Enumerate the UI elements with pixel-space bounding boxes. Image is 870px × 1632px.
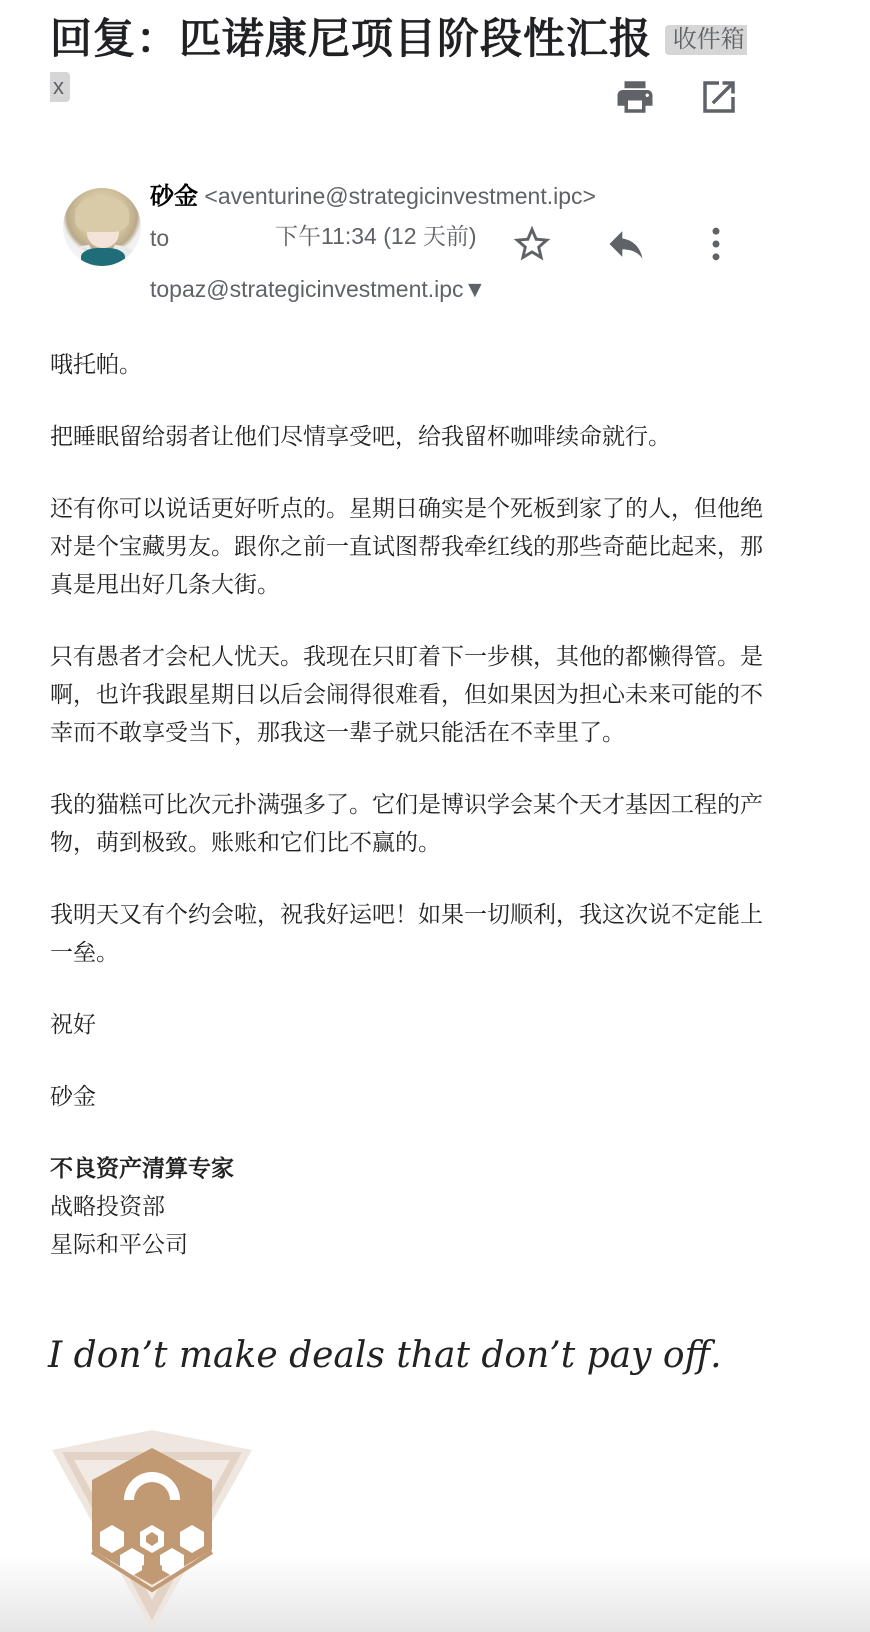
open-in-new-window-button[interactable]	[698, 76, 740, 118]
remove-label-button[interactable]: x	[50, 72, 70, 102]
email-body: 哦托帕。 把睡眠留给弱者让他们尽情享受吧，给我留杯咖啡续命就行。 还有你可以说话…	[50, 345, 770, 1263]
print-icon	[614, 76, 656, 118]
more-vert-icon	[694, 222, 738, 266]
recipient-line: topaz@strategicinvestment.ipc▼	[150, 273, 486, 305]
recipient-details-toggle[interactable]: ▼	[464, 276, 487, 302]
inbox-label[interactable]: 收件箱	[665, 25, 747, 55]
body-paragraph: 哦托帕。	[50, 345, 770, 383]
sender-email: <aventurine@strategicinvestment.ipc>	[204, 183, 596, 209]
sender-line: 砂金 <aventurine@strategicinvestment.ipc>	[150, 180, 596, 213]
signature-block: 不良资产清算专家 战略投资部 星际和平公司	[50, 1149, 770, 1263]
email-date: 下午11:34 (12 天前)	[275, 220, 477, 252]
more-options-button[interactable]	[694, 222, 738, 266]
star-button[interactable]	[510, 222, 554, 266]
body-paragraph: 还有你可以说话更好听点的。星期日确实是个死板到家了的人，但他绝对是个宝藏男友。跟…	[50, 489, 770, 603]
signature-title: 不良资产清算专家	[50, 1149, 770, 1187]
body-paragraph: 把睡眠留给弱者让他们尽情享受吧，给我留杯咖啡续命就行。	[50, 417, 770, 455]
subject-text: 回复：匹诺康尼项目阶段性汇报	[50, 15, 652, 62]
signoff-name: 砂金	[50, 1077, 770, 1115]
reply-button[interactable]	[604, 222, 648, 266]
recipient-email: topaz@strategicinvestment.ipc	[150, 276, 464, 302]
body-paragraph: 我明天又有个约会啦，祝我好运吧！如果一切顺利，我这次说不定能上一垒。	[50, 895, 770, 971]
body-paragraph: 我的猫糕可比次元扑满强多了。它们是博识学会某个天才基因工程的产物，萌到极致。账账…	[50, 785, 770, 861]
signature-quote: I don’t make deals that don’t pay off.	[48, 1335, 722, 1376]
reply-icon	[604, 222, 648, 266]
print-button[interactable]	[614, 76, 656, 118]
star-icon	[510, 222, 554, 266]
sender-name[interactable]: 砂金	[150, 183, 198, 210]
body-paragraph: 只有愚者才会杞人忧天。我现在只盯着下一步棋，其他的都懒得管。是啊，也许我跟星期日…	[50, 637, 770, 751]
sender-avatar[interactable]	[63, 188, 141, 266]
to-label: to	[150, 222, 169, 254]
avatar-hair	[75, 196, 129, 232]
open-in-new-window-icon	[698, 76, 740, 118]
avatar-coat	[81, 248, 125, 266]
closing: 祝好	[50, 1005, 770, 1043]
ipc-strategic-investment-logo-icon	[52, 1430, 252, 1630]
email-subject: 回复：匹诺康尼项目阶段性汇报 收件箱	[50, 10, 770, 68]
signature-department: 战略投资部	[50, 1187, 770, 1225]
signature-company: 星际和平公司	[50, 1225, 770, 1263]
ipc-logo	[52, 1430, 252, 1630]
